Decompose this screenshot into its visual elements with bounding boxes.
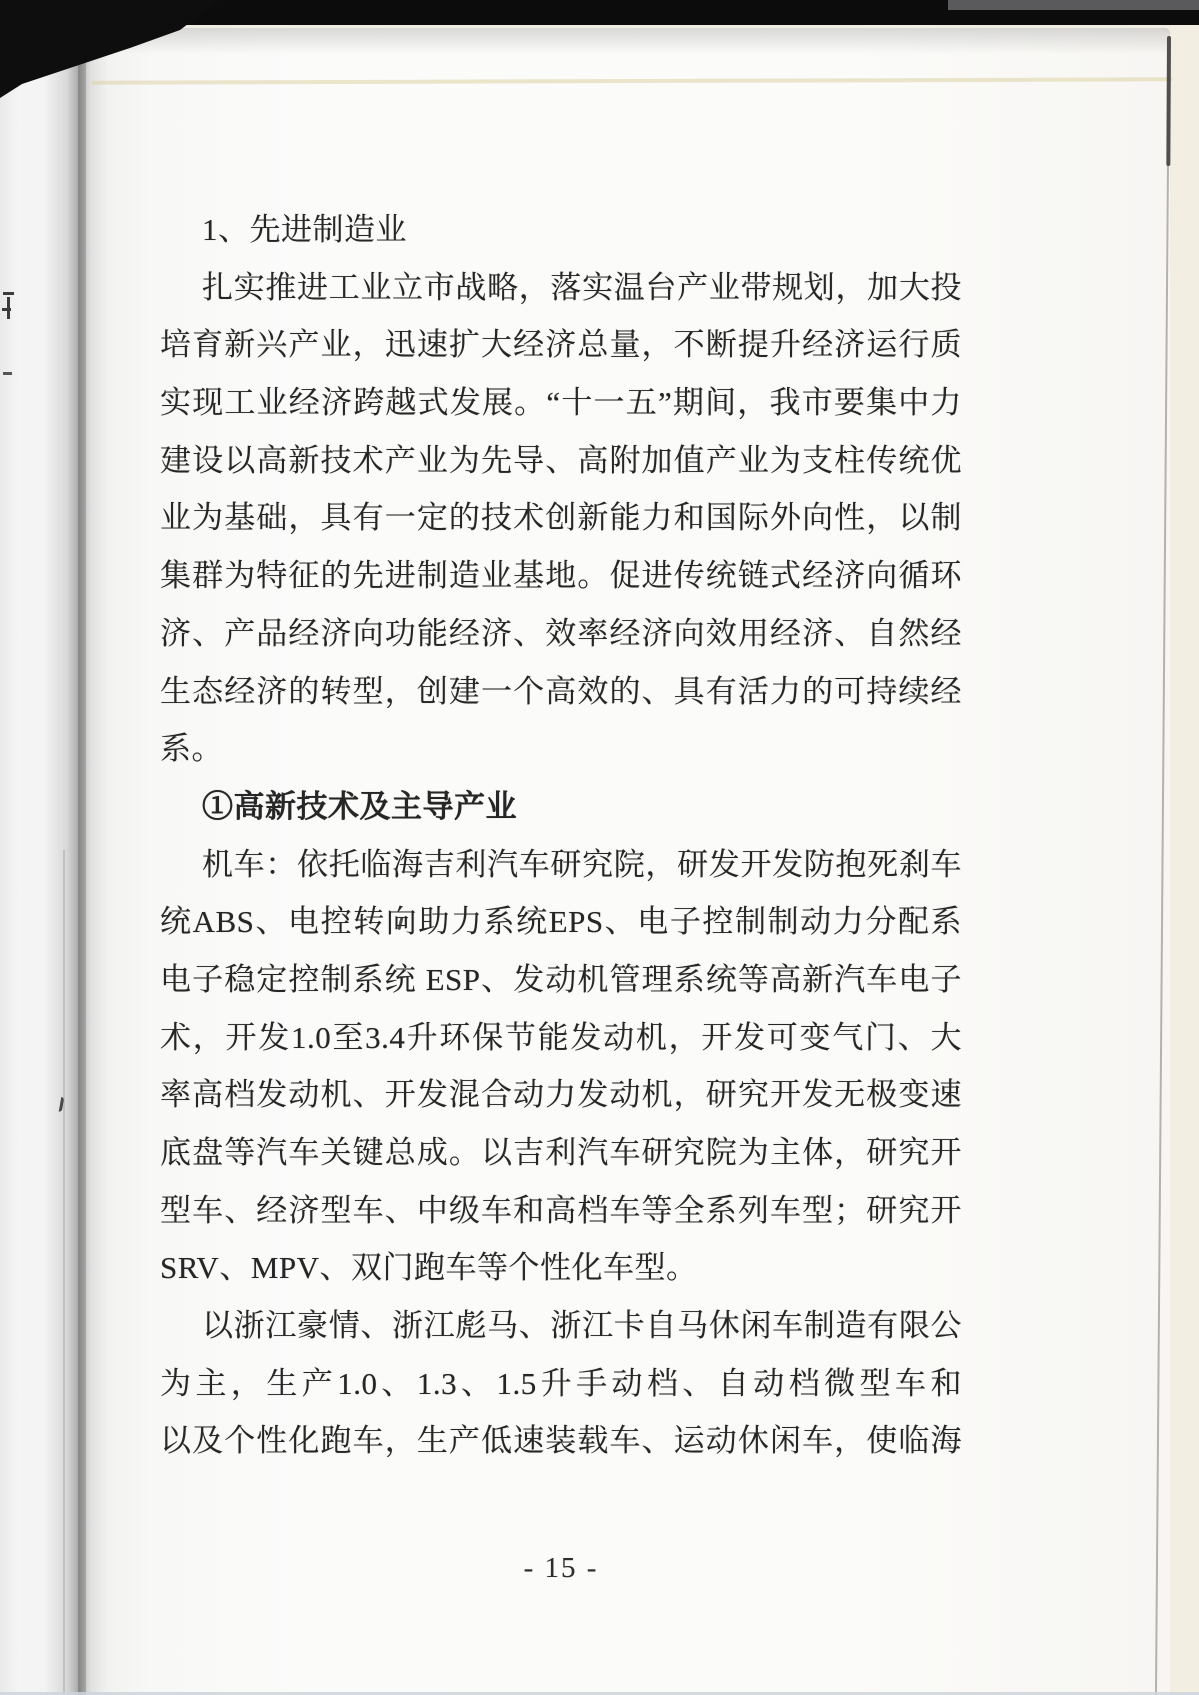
- text-line: 实现工业经济跨越式发展。“十一五”期间，我市要集中力量: [160, 374, 962, 432]
- text-line: 统ABS、电控转向助力系统EPS、电子控制制动力分配系统EBD、: [160, 893, 962, 951]
- text-line: 术，开发1.0至3.4升环保节能发动机，开发可变气门、大功: [160, 1009, 962, 1067]
- text-line: 为主，生产1.0、1.3、1.5升手动档、自动档微型车和SRV，: [160, 1355, 962, 1413]
- subsection-heading: ①高新技术及主导产业: [160, 778, 962, 836]
- text-line: 扎实推进工业立市战略，落实温台产业带规划，加大投入: [160, 259, 962, 317]
- text-line: 生态经济的转型，创建一个高效的、具有活力的可持续经济体: [160, 663, 962, 721]
- text-line: 底盘等汽车关键总成。以吉利汽车研究院为主体，研究开发微: [160, 1124, 962, 1182]
- text-line: 电子稳定控制系统 ESP、发动机管理系统等高新汽车电子技: [160, 951, 962, 1009]
- page-edge-line-dark: [1166, 36, 1171, 166]
- text-line: 业为基础，具有一定的技术创新能力和国际外向性，以制造业: [160, 489, 962, 547]
- scanner-background-top-right: [948, 0, 1199, 10]
- text-line: 集群为特征的先进制造业基地。促进传统链式经济向循环经: [160, 547, 962, 605]
- page-crease: [78, 40, 108, 1695]
- scan-artifact: [2, 308, 11, 311]
- page-top-shadow: [86, 28, 1170, 54]
- text-line: 以及个性化跑车，生产低速装载车、运动休闲车，使临海成为: [160, 1412, 962, 1470]
- page-right-margin: [1172, 30, 1199, 1695]
- text-line: 系。: [160, 720, 962, 778]
- section-heading: 1、先进制造业: [160, 201, 962, 259]
- scan-artifact: [3, 292, 14, 295]
- text-line: 培育新兴产业，迅速扩大经济总量，不断提升经济运行质量，: [160, 316, 962, 374]
- document-text: 1、先进制造业 扎实推进工业立市战略，落实温台产业带规划，加大投入 培育新兴产业…: [160, 201, 962, 1470]
- text-line: SRV、MPV、双门跑车等个性化车型。: [160, 1239, 962, 1297]
- text-line: 型车、经济型车、中级车和高档车等全系列车型；研究开发: [160, 1182, 962, 1240]
- text-line: 率高档发动机、开发混合动力发动机，研究开发无极变速箱、: [160, 1066, 962, 1124]
- page-number: - 15 -: [160, 1539, 962, 1597]
- text-line: 建设以高新技术产业为先导、高附加值产业为支柱传统优势产: [160, 432, 962, 490]
- scan-artifact: [3, 372, 12, 375]
- text-line: 机车：依托临海吉利汽车研究院，研发开发防抱死刹车系: [160, 836, 962, 894]
- previous-page-edge: [0, 0, 86, 1695]
- text-line: 济、产品经济向功能经济、效率经济向效用经济、自然经济向: [160, 605, 962, 663]
- page-crease-line: [63, 850, 65, 1695]
- text-line: 以浙江豪情、浙江彪马、浙江卡自马休闲车制造有限公司: [160, 1297, 962, 1355]
